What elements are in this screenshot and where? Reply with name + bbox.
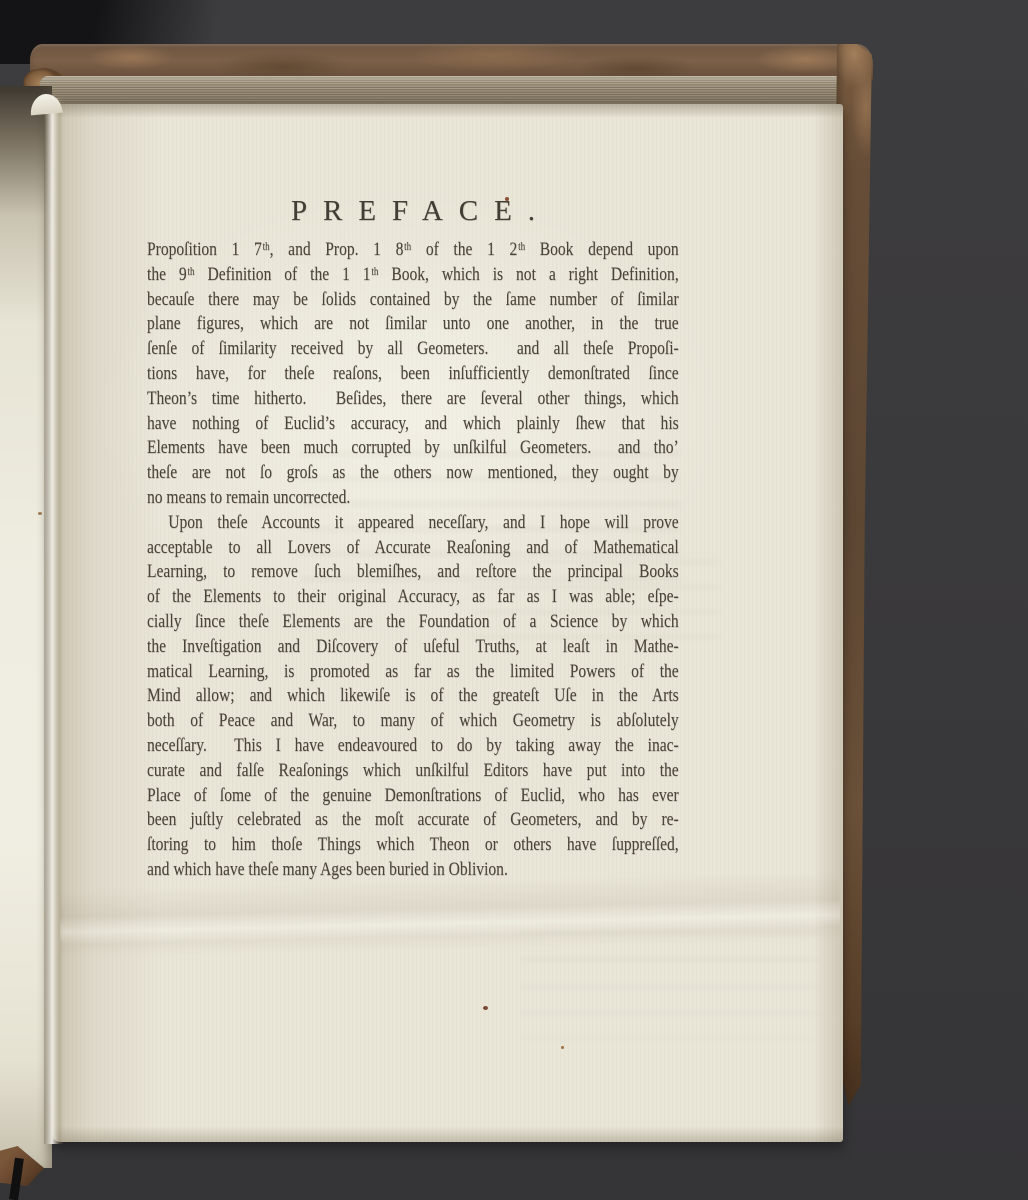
text-line: curate and falſe Reaſonings which unſkil… bbox=[147, 759, 679, 784]
text-line: theſe are not ſo groſs as the others now… bbox=[147, 461, 679, 486]
text-line: Place of ſome of the genuine Demonſtrati… bbox=[147, 784, 679, 809]
text-line: plane figures, which are not ſimilar unt… bbox=[147, 312, 679, 337]
text-line: have nothing of Euclid’s accuracy, and w… bbox=[147, 412, 679, 437]
text-line: both of Peace and War, to many of which … bbox=[147, 709, 679, 734]
text-line: the 9th Definition of the 1 1th Book, wh… bbox=[147, 263, 679, 288]
text-line: ſenſe of ſimilarity received by all Geom… bbox=[147, 337, 679, 362]
paragraph: Propoſition 1 7th, and Prop. 1 8th of th… bbox=[147, 238, 679, 511]
text-line: the Inveſtigation and Diſcovery of uſefu… bbox=[147, 635, 679, 660]
page-edges-stack bbox=[40, 76, 852, 107]
book-scan-scene: PREFACE. Propoſition 1 7th, and Prop. 1 … bbox=[0, 0, 1028, 1200]
text-line: acceptable to all Lovers of Accurate Rea… bbox=[147, 536, 679, 561]
text-line: Elements have been much corrupted by unſ… bbox=[147, 436, 679, 461]
text-line: becauſe there may be ſolids contained by… bbox=[147, 288, 679, 313]
paper-speck bbox=[483, 1006, 488, 1010]
paper-speck bbox=[38, 512, 42, 515]
text-line: matical Learning, is promoted as far as … bbox=[147, 660, 679, 685]
ink-bleed-through bbox=[520, 930, 820, 1040]
text-block: Propoſition 1 7th, and Prop. 1 8th of th… bbox=[147, 238, 679, 883]
text-line: ſtoring to him thoſe Things which Theon … bbox=[147, 833, 679, 858]
text-line: neceſſary. This I have endeavoured to do… bbox=[147, 734, 679, 759]
text-line: Upon theſe Accounts it appeared neceſſar… bbox=[147, 511, 679, 536]
text-line: no means to remain uncorrected. bbox=[147, 486, 679, 511]
page-title: PREFACE. bbox=[147, 192, 679, 230]
text-line: Theon’s time hitherto. Beſides, there ar… bbox=[147, 387, 679, 412]
text-line: Mind allow; and which likewiſe is of the… bbox=[147, 684, 679, 709]
text-line: and which have theſe many Ages been buri… bbox=[147, 858, 679, 883]
text-line: Propoſition 1 7th, and Prop. 1 8th of th… bbox=[147, 238, 679, 263]
paragraph: Upon theſe Accounts it appeared neceſſar… bbox=[147, 511, 679, 883]
text-line: cially ſince theſe Elements are the Foun… bbox=[147, 610, 679, 635]
page-fold bbox=[44, 98, 64, 1144]
text-line: of the Elements to their original Accura… bbox=[147, 585, 679, 610]
paper-speck bbox=[561, 1046, 564, 1049]
text-line: Learning, to remove ſuch blemiſhes, and … bbox=[147, 560, 679, 585]
text-line: tions have, for theſe reaſons, been inſu… bbox=[147, 362, 679, 387]
text-line: been juſtly celebrated as the moſt accur… bbox=[147, 808, 679, 833]
